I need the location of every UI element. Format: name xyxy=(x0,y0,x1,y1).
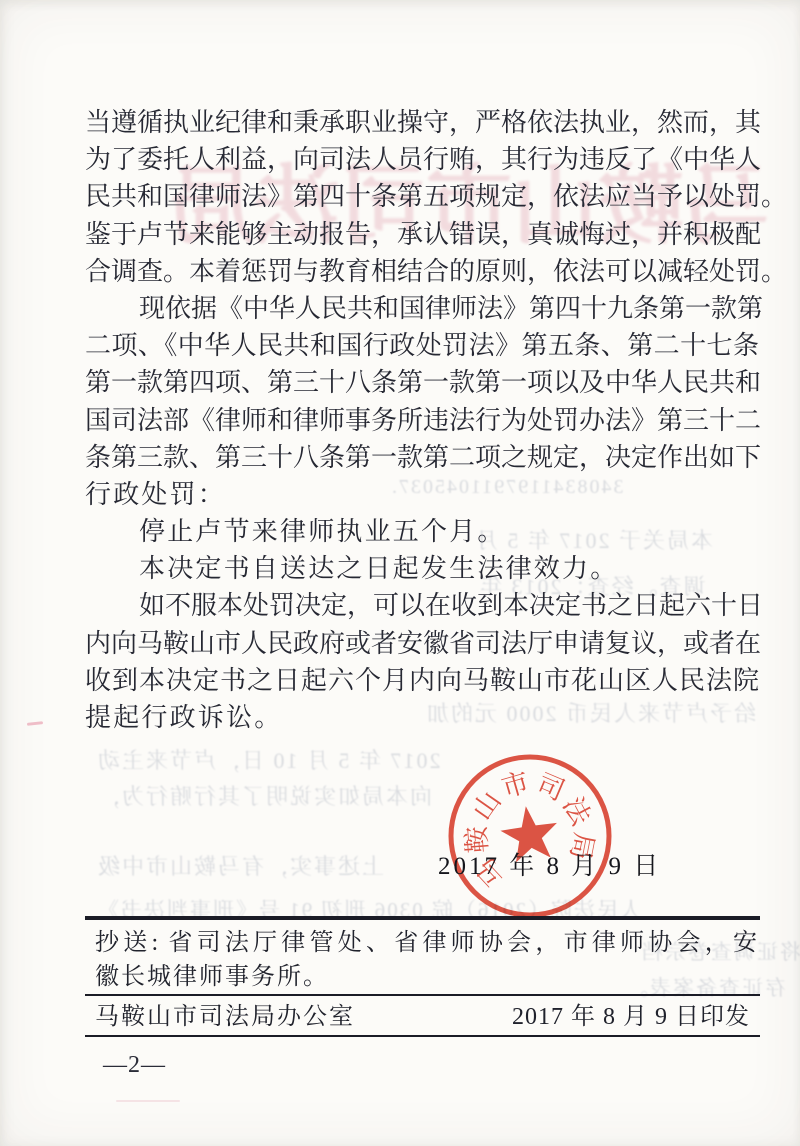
footer-rule-top xyxy=(85,916,760,920)
decision-date: 2017 年 8 月 9 日 xyxy=(438,846,661,882)
scanned-document-page: 马鞍山市司法局 3408341197911045037. 本局关于 2017 年… xyxy=(0,0,800,1146)
body-line: 当遵循执业纪律和秉承职业操守，严格依法执业，然而，其 xyxy=(85,104,759,141)
body-line: 合调查。本着惩罚与教育相结合的原则，依法可以减轻处罚。 xyxy=(85,253,759,290)
bleedthrough-text: 2017 年 5 月 10 日，卢节来主动 xyxy=(96,744,441,775)
bleedthrough-text: 上述事实，有马鞍山市中级 xyxy=(96,850,384,881)
body-line: 鉴于卢节来能够主动报告，承认错误，真诚悔过，并积极配 xyxy=(85,216,759,253)
page-number: —2— xyxy=(103,1052,166,1079)
body-line: 如不服本处罚决定，可以在收到本决定书之日起六十日 xyxy=(85,587,759,624)
body-line: 行政处罚： xyxy=(85,476,759,513)
footer-rule-bottom xyxy=(85,1035,760,1037)
print-date: 2017 年 8 月 9 日印发 xyxy=(512,1001,750,1033)
cc-line-1: 抄送: 省司法厅律管处、省律师协会，市律师协会，安 xyxy=(95,926,757,960)
footer-rule-middle xyxy=(85,994,760,996)
document-body: 当遵循执业纪律和秉承职业操守，严格依法执业，然而，其 为了委托人利益，向司法人员… xyxy=(85,104,759,736)
body-line: 收到本决定书之日起六个月内向马鞍山市花山区人民法院 xyxy=(85,662,759,699)
effective-statement: 本决定书自送达之日起发生法律效力。 xyxy=(85,550,759,587)
body-line: 国司法部《律师和律师事务所违法行为处罚办法》第三十二 xyxy=(85,402,759,439)
penalty-statement: 停止卢节来律师执业五个月。 xyxy=(85,513,759,550)
scan-artifact-mark xyxy=(116,1100,180,1102)
seal-char: 法 xyxy=(557,792,597,831)
seal-char: 市 xyxy=(498,767,532,803)
body-line: 提起行政诉讼。 xyxy=(85,699,759,736)
official-seal: 马 鞍 山 市 司 法 局 xyxy=(444,750,616,922)
body-line: 民共和国律师法》第四十条第五项规定，依法应当予以处罚。 xyxy=(85,178,759,215)
body-line: 条第三款、第三十八条第一款第二项之规定，决定作出如下 xyxy=(85,439,759,476)
cc-line-2: 徽长城律师事务所。 xyxy=(95,960,757,994)
seal-char: 山 xyxy=(467,786,507,825)
issuing-office: 马鞍山市司法局办公室 xyxy=(95,1001,355,1033)
seal-char: 司 xyxy=(532,768,569,806)
body-line: 为了委托人利益，向司法人员行贿，其行为违反了《中华人 xyxy=(85,141,759,178)
body-line: 第一款第四项、第三十八条第一款第一项以及中华人民共和 xyxy=(85,364,759,401)
bleedthrough-text: 向本局如实说明了其行贿行为， xyxy=(96,780,432,811)
issuing-row: 马鞍山市司法局办公室 2017 年 8 月 9 日印发 xyxy=(95,1001,750,1033)
scan-artifact-mark xyxy=(27,721,43,726)
cc-block: 抄送: 省司法厅律管处、省律师协会，市律师协会，安 徽长城律师事务所。 xyxy=(95,926,757,994)
body-line: 现依据《中华人民共和国律师法》第四十九条第一款第 xyxy=(85,290,759,327)
body-line: 内向马鞍山市人民政府或者安徽省司法厅申请复议，或者在 xyxy=(85,625,759,662)
body-line: 二项、《中华人民共和国行政处罚法》第五条、第二十七条 xyxy=(85,327,759,364)
